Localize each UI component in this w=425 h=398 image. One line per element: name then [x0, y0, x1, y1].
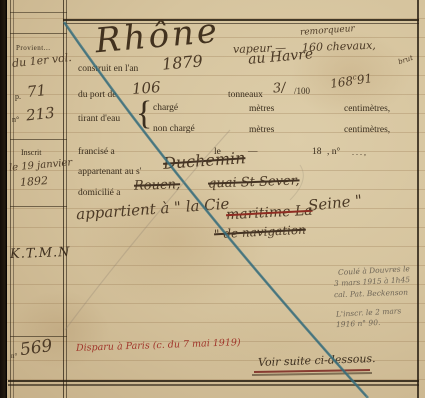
register-page: Provient... du 1er vol. p. 71 n° 213 Ins…	[0, 0, 425, 398]
pencil-note-line2: 3 mars 1915 à 1h45	[334, 275, 410, 288]
tonnage-extra: brut	[397, 54, 414, 66]
sidebar-rule	[10, 12, 67, 13]
centimetres-label-1: centimètres,	[344, 104, 390, 114]
centimetres-label-2: centimètres,	[344, 125, 390, 135]
tonnage-note: 168c91	[329, 70, 373, 91]
pencil-note-line5: 1916 n° 90.	[336, 318, 381, 329]
owner-label: appartenant au s'	[78, 167, 141, 177]
year-prefix: 18	[312, 147, 322, 157]
bottom-rule	[8, 384, 419, 386]
company-struck-words: maritime La	[226, 203, 313, 224]
port-label: du port de	[78, 90, 117, 100]
draft-brace: {	[136, 95, 152, 133]
domicile-label: domicilié a	[78, 188, 120, 198]
company-line-prefix: appartient à " la Cie	[76, 195, 230, 224]
book-edge	[0, 0, 7, 398]
frame-line	[417, 0, 419, 398]
bottom-num-label: n°	[11, 352, 17, 360]
vessel-type-correction: remorqueur	[300, 24, 355, 38]
company-subline: " de navigation	[214, 223, 306, 242]
entry-num-value: 213	[25, 104, 55, 125]
francise-label: francisé a	[78, 147, 115, 157]
built-year: 1879	[161, 51, 203, 73]
num-suffix: , n°	[327, 147, 340, 157]
metres-label-2: mètres	[249, 125, 274, 135]
inscrit-date-line1: le 19 janvier	[9, 157, 73, 173]
owner-value: Duchemin	[162, 148, 246, 173]
metres-label-1: mètres	[249, 104, 274, 114]
pencil-note-line4: L'inscr. le 2 mars	[336, 306, 402, 318]
inscrit-label: Inscrit	[21, 148, 41, 157]
page-label: p.	[15, 92, 21, 101]
entry-num-label: n°	[12, 115, 19, 124]
domicile-city: Rouen,	[134, 177, 181, 194]
provient-value: du 1er vol.	[11, 51, 72, 70]
draft-label: tirant d'eau	[78, 114, 120, 124]
num-dots: . . . ,	[352, 148, 366, 157]
pencil-note-line3: cal. Pat. Beckenson	[334, 288, 408, 300]
draft-unloaded-label: non chargé	[153, 124, 195, 134]
bottom-rule	[8, 380, 419, 382]
built-label: construit en l'an	[78, 64, 138, 74]
domicile-street: quai St Sever,	[208, 173, 300, 191]
page-value: 71	[26, 81, 47, 101]
underline-mark	[252, 372, 372, 376]
tonnage-note-b: 91	[356, 71, 373, 87]
bottom-num-value: 569	[19, 336, 54, 360]
provient-label: Provient...	[16, 44, 50, 52]
tonneaux-label: tonneaux	[228, 90, 263, 100]
vessel-name: Rhône	[93, 11, 221, 62]
tonnage-numerator: 3/	[272, 80, 286, 96]
underline-mark	[254, 369, 370, 373]
inscrit-date-line2: 1892	[20, 174, 49, 189]
sidebar-rule	[10, 33, 67, 34]
blank-dash: —	[248, 147, 258, 157]
draft-loaded-label: chargé	[153, 103, 178, 113]
registry-code: K.T.M.N	[10, 245, 71, 262]
sidebar-rule	[10, 206, 67, 207]
sidebar-rule	[10, 139, 67, 140]
tonnage-note-a: 168	[329, 74, 354, 91]
see-below-note: Voir suite ci-dessous.	[258, 352, 376, 369]
tonnage-denominator: /100	[294, 86, 310, 96]
company-line-suffix: Seine "	[307, 191, 363, 215]
red-annotation: Disparu à Paris (c. du 7 mai 1919)	[76, 337, 241, 354]
